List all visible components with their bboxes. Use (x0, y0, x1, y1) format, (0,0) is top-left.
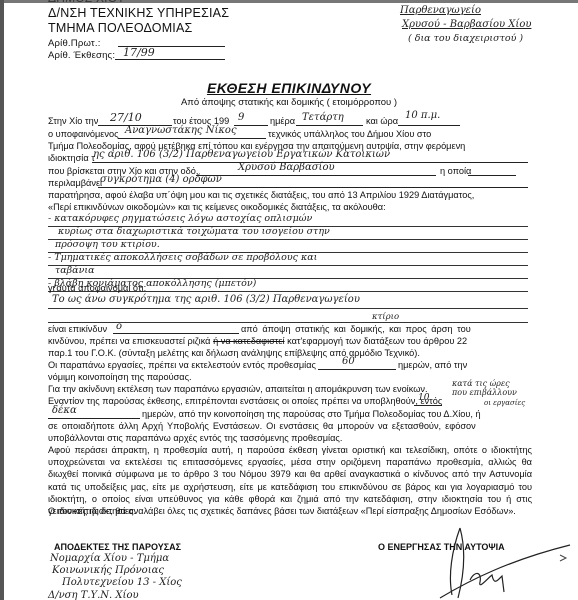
time-field-line (398, 125, 460, 126)
deadline-days: 60 (342, 356, 355, 367)
recipient-line: Πολυτεχνείου 13 - Χίος (62, 577, 182, 588)
finding-item: πρόσοψη του κτιρίου. (55, 239, 160, 250)
objection-text-c: σε οποιαδήποτε άλλη Αρχή Υποβολής Ενστάσ… (48, 420, 476, 432)
property-value: ης αριθ. 106 (3/2) Παρθεναγωγείου Εργατι… (93, 149, 390, 160)
day-field-line (296, 125, 363, 126)
objection-days-line (414, 405, 442, 406)
handwritten-note-line-3: ( δια του διαχειριστού ) (408, 33, 523, 44)
time-value: 10 π.μ. (405, 110, 440, 121)
finding-line (48, 265, 528, 266)
repair-text-b: κατ'εφαρμογή των διατάξεων του άρθρου 22 (285, 336, 468, 346)
department-name: Δ/ΝΣΗ ΤΕΧΝΙΚΗΣ ΥΠΗΡΕΣΙΑΣ (48, 6, 229, 21)
street-value: Χρυσού Βαρβασίου (238, 162, 335, 173)
document-subtitle: Από άποψης στατικής και δομικής ( ετοιμό… (0, 97, 578, 108)
evacuation-note: κατά τις ώρες (452, 379, 510, 388)
objection-text-a: Εναντίον της παρούσας έκθεσης, επιτρέπον… (48, 395, 442, 407)
undersigned-value: Αναγνωστάκης Νίκος (125, 125, 237, 136)
year-field-line (234, 125, 268, 126)
finding-item: - Τμηματικές αποκολλήσεις σοβάδων σε προ… (48, 252, 317, 263)
day-label: ημέρα (270, 115, 295, 127)
recipients-title: ΑΠΟΔΕΚΤΕΣ ΤΗΣ ΠΑΡΟΥΣΑΣ (54, 542, 181, 552)
day-value: Τετάρτη (302, 112, 344, 123)
recipient-line: Κοινωνικής Πρόνοιας (52, 565, 164, 576)
signature-icon (400, 520, 578, 600)
undersigned-label: ο υποφαινόμενος (48, 128, 119, 140)
report-no-value: 17/99 (123, 46, 155, 59)
finding-item: - κατακόρυφες ρηγματώσεις λόγω αστοχίας … (48, 213, 312, 224)
finding-item: κυρίως στα διαχωριστικά τοιχώματα του ισ… (58, 226, 330, 237)
which-field-line (468, 175, 516, 176)
section-name: ΤΜΗΜΑ ΠΟΛΕΟΔΟΜΙΑΣ (48, 21, 192, 36)
handwritten-note-line-1: Παρθεναγωγείο (400, 5, 481, 16)
deadline-days-line (318, 369, 396, 370)
street-field-line (196, 175, 436, 176)
role-text: τεχνικός υπάλληλος του Δήμου Χίου στο (268, 128, 431, 140)
report-no-label: Αρίθ. Έκθεσης: (48, 48, 115, 63)
property-label: ιδιοκτησία τ (48, 152, 95, 164)
dangerous-suffix: ο (116, 321, 122, 332)
which-label: η οποία (440, 165, 471, 177)
date-value: 27/10 (110, 111, 142, 124)
deadline-text-b: ημερών, από την (398, 359, 467, 371)
objection-text-d: υποβάλλονται στις παραπάνω αρχές εντός τ… (48, 432, 342, 444)
recipient-line: Δ/νση Τ.Υ.Ν. Χίου (48, 590, 139, 600)
conclusion-value: Το ως άνω συγκρότημα της αριθ. 106 (3/2)… (52, 294, 360, 305)
place-label: Στην Χίο την (48, 115, 98, 127)
repair-text: κινδύνου, πρέπει να επισκευαστεί ριζικά … (48, 335, 467, 347)
includes-label: περιλαμβάνει (48, 177, 102, 189)
objection-days-words: δέκα (52, 405, 77, 416)
dangerous-rest: από άποψη στατικής και δομικής, και προς… (241, 323, 471, 335)
repair-text-a: κινδύνου, πρέπει να επισκευαστεί ριζικά (48, 336, 213, 346)
handwritten-note-line-2: Χρυσού - Βαρβασίου Χίου (402, 19, 531, 30)
observation-text-2: «Περί επικινδύνων οικοδομών» και τις κεί… (48, 201, 386, 213)
objection-days: 10 (418, 393, 429, 403)
objection-words-line (48, 418, 140, 419)
deadline-text-c: νόμιμη κοινοποίηση της παρούσας. (48, 371, 192, 383)
observation-text-1: παρατήρησα, αφού έλαβα υπ΄όψη μου και τι… (48, 189, 474, 201)
time-label: και ώρα (366, 115, 398, 127)
evacuation-note: οι εργασίες (484, 399, 525, 407)
dangerous-label: είναι επικίνδυν (48, 323, 107, 335)
undersigned-field-line (118, 138, 266, 139)
document-title: ΕΚΘΕΣΗ ΕΠΙΚΙΝΔΥΝΟΥ (0, 80, 578, 96)
document-page: ΔΗΜΟΣ ΧΙΟΥ Δ/ΝΣΗ ΤΕΧΝΙΚΗΣ ΥΠΗΡΕΣΙΑΣ ΤΜΗΜ… (0, 0, 578, 600)
includes-field-line (98, 187, 528, 188)
costs-paragraph: Ο ιδιοκτήτης δε, θα αναλάβει όλες τις σχ… (48, 505, 532, 517)
recipient-line: Νομαρχία Χίου - Τμήμα (50, 553, 169, 564)
objection-text-b: ημερών, από την κοινοποίηση της παρούσας… (142, 408, 481, 420)
deadline-text-a: Οι παραπάνω εργασίες, πρέπει να εκτελεστ… (48, 359, 316, 371)
evacuation-text: Για την ακίνδυνη εκτέλεση των παραπάνω ε… (48, 383, 428, 395)
conclusion-line (48, 308, 528, 309)
conclusion-label: γι'αυτά αποφαίνομαι ότι: (48, 282, 146, 294)
finding-item: ταβάνια (55, 265, 95, 276)
conclusion-note: κτίριο (372, 312, 399, 322)
report-no-field (115, 59, 225, 60)
includes-value: συγκρότημα (4) ορόφων (100, 174, 222, 185)
repair-text-struck: ή να κατεδαφιστεί (213, 336, 285, 346)
goc-reference: παρ.1 του Γ.Ο.Κ. (σύνταξη μελέτης και δή… (48, 347, 420, 359)
dangerous-field-line (113, 333, 239, 334)
evacuation-note: που επιβάλλουν (452, 388, 517, 397)
year-digit: 9 (238, 112, 244, 123)
